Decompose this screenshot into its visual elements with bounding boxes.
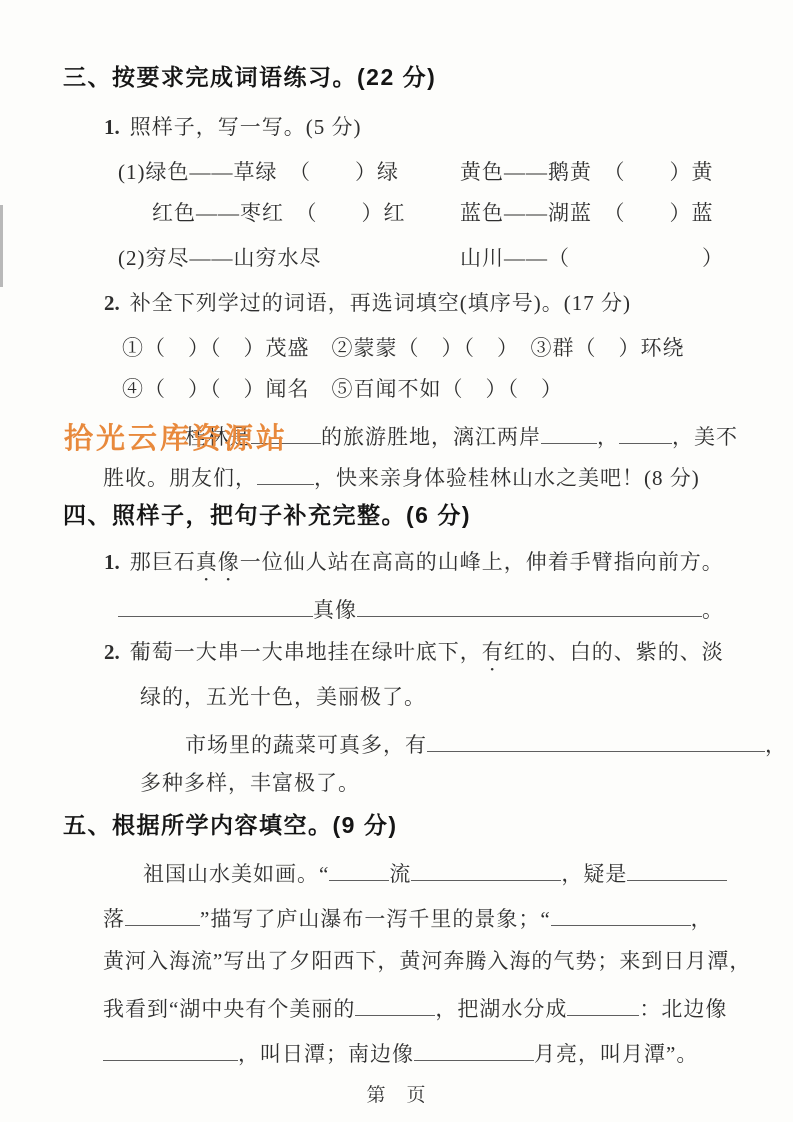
section3-item2-title-line: 2.补全下列学过的词语，再选词填空(填序号)。(17 分) xyxy=(104,288,631,318)
section3-item1-row2: 红色——枣红 （ ）红蓝色——湖蓝 （ ）蓝 xyxy=(152,198,714,228)
blank-field xyxy=(551,901,691,926)
sentence-text: 真像 xyxy=(313,598,357,622)
page-footer: 第 页 xyxy=(0,1080,793,1107)
blank-field xyxy=(411,856,561,881)
paragraph-text: ”描写了庐山瀑布一泻千里的景象；“ xyxy=(200,907,551,931)
paragraph-text: ，快来亲身体验桂林山水之美吧！(8 分) xyxy=(314,466,700,490)
paragraph-text: ，美不 xyxy=(672,425,738,449)
section5-line2: 落”描写了庐山瀑布一泻千里的景象；“， xyxy=(103,901,713,934)
sentence-text: ， xyxy=(765,733,787,757)
item-number: 2. xyxy=(104,291,120,315)
worksheet-page: 三、按要求完成词语练习。(22 分) 1.照样子，写一写。(5 分) (1)绿色… xyxy=(0,0,793,1122)
paragraph-text: 落 xyxy=(103,907,125,931)
blank-field xyxy=(329,856,389,881)
sentence-text: 市场里的蔬菜可真多，有 xyxy=(185,733,427,757)
watermark: 拾光云库资源站 xyxy=(64,416,288,457)
section5-line5: ，叫日潭；南边像月亮，叫月潭”。 xyxy=(103,1036,698,1069)
paragraph-text: ，叫日潭；南边像 xyxy=(238,1042,414,1066)
section4-item1-sentence: 1.那巨石真像一位仙人站在高高的山峰上，伸着手臂指向前方。 xyxy=(104,547,724,586)
item-number: 1. xyxy=(104,550,120,574)
section4-item2-sentence-line2: 绿的，五光十色，美丽极了。 xyxy=(140,682,426,712)
section5-line1: 祖国山水美如画。“流，疑是 xyxy=(143,856,727,889)
blank-field xyxy=(619,419,672,444)
section3-item1-title-line: 1.照样子，写一写。(5 分) xyxy=(104,112,362,142)
sentence-text: 那巨石 xyxy=(130,550,196,574)
sentence-text: 一位仙人站在高高的山峰上，伸着手臂指向前方。 xyxy=(240,550,724,574)
item-number: 2. xyxy=(104,640,120,664)
paragraph-text: 祖国山水美如画。“ xyxy=(143,862,329,886)
sentence-text: 红的、白的、紫的、淡 xyxy=(504,640,724,664)
blank-field xyxy=(414,1036,534,1061)
blank-field xyxy=(118,592,313,617)
section4-item2-answer-line2: 多种多样，丰富极了。 xyxy=(140,768,360,798)
section4-heading: 四、照样子，把句子补充完整。(6 分) xyxy=(63,500,471,530)
blank-field xyxy=(541,419,597,444)
blank-field xyxy=(103,1036,238,1061)
paragraph-text: 胜收。朋友们， xyxy=(103,466,257,490)
sentence-text: 。 xyxy=(702,598,724,622)
section4-item2-sentence-line1: 2.葡萄一大串一大串地挂在绿叶底下，有红的、白的、紫的、淡 xyxy=(104,637,724,676)
section3-item2-words-row1: ①（ ）（ ）茂盛 ②蒙蒙（ ）（ ） ③群（ ）环绕 xyxy=(122,333,685,363)
word-pair: (1)绿色——草绿 （ ）绿 xyxy=(118,157,460,187)
section3-item1-title: 照样子，写一写。(5 分) xyxy=(130,115,362,139)
paragraph-text: 月亮，叫月潭”。 xyxy=(534,1042,698,1066)
section3-item1-row3: (2)穷尽——山穷水尽山川——（ ） xyxy=(118,243,724,273)
blank-field xyxy=(357,592,702,617)
section3-item2-title: 补全下列学过的词语，再选词填空(填序号)。(17 分) xyxy=(130,291,631,315)
word-pair: (2)穷尽——山穷水尽 xyxy=(118,243,460,273)
blank-field xyxy=(257,460,314,485)
item-number: 1. xyxy=(104,115,120,139)
blank-field xyxy=(355,991,435,1016)
section5-heading: 五、根据所学内容填空。(9 分) xyxy=(63,810,398,840)
paragraph-text: ：北边像 xyxy=(639,997,727,1021)
section4-item1-answer-line: 真像。 xyxy=(118,592,724,625)
section3-fill-paragraph-line2: 胜收。朋友们，，快来亲身体验桂林山水之美吧！(8 分) xyxy=(103,460,700,493)
blank-field xyxy=(567,991,639,1016)
word-pair: 山川——（ ） xyxy=(460,246,724,270)
word-pair: 黄色——鹅黄 （ ）黄 xyxy=(460,160,714,184)
blank-field xyxy=(125,901,200,926)
paragraph-text: ，疑是 xyxy=(561,862,627,886)
paragraph-text: 我看到“湖中央有个美丽的 xyxy=(103,997,355,1021)
paragraph-text: 流 xyxy=(389,862,411,886)
section3-heading: 三、按要求完成词语练习。(22 分) xyxy=(63,62,436,92)
emphasized-word: 有 xyxy=(482,640,504,664)
emphasized-word: 真像 xyxy=(196,550,240,574)
blank-field xyxy=(627,856,727,881)
section3-item1-row1: (1)绿色——草绿 （ ）绿黄色——鹅黄 （ ）黄 xyxy=(118,157,714,187)
blank-field xyxy=(427,727,765,752)
paragraph-text: ， xyxy=(597,425,619,449)
word-pair: 红色——枣红 （ ）红 xyxy=(152,198,460,228)
paragraph-text: ，把湖水分成 xyxy=(435,997,567,1021)
section5-line3: 黄河入海流”写出了夕阳西下，黄河奔腾入海的气势；来到日月潭， xyxy=(103,946,751,976)
word-pair: 蓝色——湖蓝 （ ）蓝 xyxy=(460,201,714,225)
scan-edge-artifact xyxy=(0,205,3,287)
section5-line4: 我看到“湖中央有个美丽的，把湖水分成：北边像 xyxy=(103,991,727,1024)
section4-item2-answer-line1: 市场里的蔬菜可真多，有， xyxy=(185,727,787,760)
section3-item2-words-row2: ④（ ）（ ）闻名 ⑤百闻不如（ ）（ ） xyxy=(122,374,563,404)
paragraph-text: ， xyxy=(691,907,713,931)
sentence-text: 葡萄一大串一大串地挂在绿叶底下， xyxy=(130,640,482,664)
paragraph-text: 的旅游胜地，漓江两岸 xyxy=(321,425,541,449)
